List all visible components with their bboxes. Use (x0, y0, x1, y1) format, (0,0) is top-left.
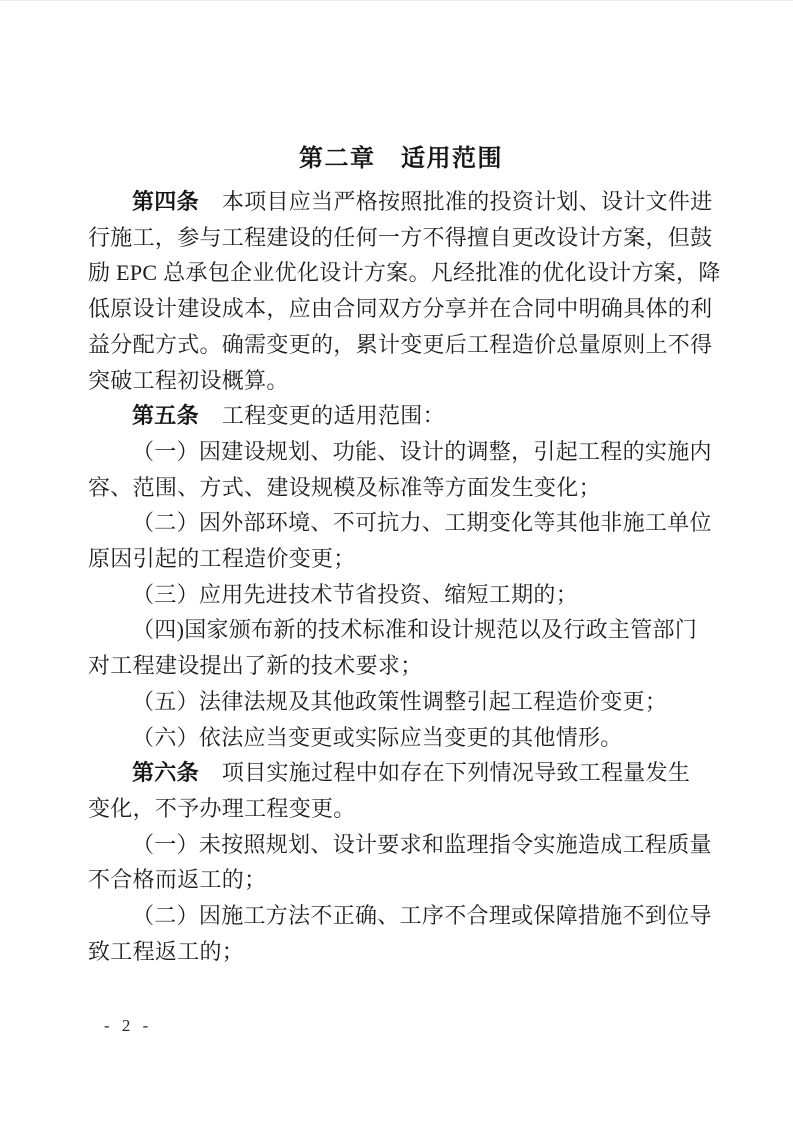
text-line: （六）依法应当变更或实际应当变更的其他情形。 (88, 720, 714, 756)
line-text: 工程变更的适用范围： (222, 403, 445, 428)
line-text: （三）应用先进技术节省投资、缩短工期的； (132, 582, 578, 607)
line-text: 益分配方式。确需变更的，累计变更后工程造价总量原则上不得 (88, 332, 712, 357)
text-line: 对工程建设提出了新的技术要求； (88, 648, 714, 684)
line-text: （五）法律法规及其他政策性调整引起工程造价变更； (132, 689, 667, 714)
article-number: 第六条 (132, 760, 199, 785)
article-number: 第四条 (132, 189, 199, 214)
line-text: 容、范围、方式、建设规模及标准等方面发生变化； (88, 475, 601, 500)
line-text: （一）未按照规划、设计要求和监理指令实施造成工程质量 (132, 832, 712, 857)
line-text: 致工程返工的； (88, 939, 244, 964)
scan-edge-line (0, 0, 793, 1)
text-line: 不合格而返工的； (88, 862, 714, 898)
document-page: 第二章 适用范围 第四条本项目应当严格按照批准的投资计划、设计文件进行施工，参与… (0, 0, 793, 1122)
document-body: 第二章 适用范围 第四条本项目应当严格按照批准的投资计划、设计文件进行施工，参与… (88, 144, 714, 969)
text-line: 励 EPC 总承包企业优化设计方案。凡经批准的优化设计方案，降 (88, 255, 714, 291)
line-text: 本项目应当严格按照批准的投资计划、设计文件进 (222, 189, 713, 214)
text-line: （一）未按照规划、设计要求和监理指令实施造成工程质量 (88, 827, 714, 863)
text-line: 益分配方式。确需变更的，累计变更后工程造价总量原则上不得 (88, 327, 714, 363)
line-text: （一）因建设规划、功能、设计的调整，引起工程的实施内 (132, 439, 712, 464)
text-line: （二）因施工方法不正确、工序不合理或保障措施不到位导 (88, 898, 714, 934)
text-line: （四)国家颁布新的技术标准和设计规范以及行政主管部门 (88, 612, 714, 648)
line-text: 原因引起的工程造价变更； (88, 546, 356, 571)
line-text: （六）依法应当变更或实际应当变更的其他情形。 (132, 725, 623, 750)
line-text: 突破工程初设概算。 (88, 368, 289, 393)
text-line: 变化，不予办理工程变更。 (88, 791, 714, 827)
text-line: 第四条本项目应当严格按照批准的投资计划、设计文件进 (88, 184, 714, 220)
page-number: - 2 - (104, 1016, 152, 1036)
text-line: 突破工程初设概算。 (88, 363, 714, 399)
line-text: 不合格而返工的； (88, 867, 266, 892)
line-text: 项目实施过程中如存在下列情况导致工程量发生 (222, 760, 690, 785)
line-text: （二）因外部环境、不可抗力、工期变化等其他非施工单位 (132, 510, 712, 535)
text-line: 行施工，参与工程建设的任何一方不得擅自更改设计方案，但鼓 (88, 220, 714, 256)
document-lines: 第四条本项目应当严格按照批准的投资计划、设计文件进行施工，参与工程建设的任何一方… (88, 184, 714, 969)
text-line: 低原设计建设成本，应由合同双方分享并在合同中明确具体的利 (88, 291, 714, 327)
text-line: 第五条工程变更的适用范围： (88, 398, 714, 434)
line-text: 行施工，参与工程建设的任何一方不得擅自更改设计方案，但鼓 (88, 225, 712, 250)
text-line: 原因引起的工程造价变更； (88, 541, 714, 577)
text-line: （五）法律法规及其他政策性调整引起工程造价变更； (88, 684, 714, 720)
line-text: 变化，不予办理工程变更。 (88, 796, 356, 821)
line-text: （四)国家颁布新的技术标准和设计规范以及行政主管部门 (132, 617, 697, 642)
line-text: 励 EPC 总承包企业优化设计方案。凡经批准的优化设计方案，降 (88, 260, 721, 285)
text-line: 第六条项目实施过程中如存在下列情况导致工程量发生 (88, 755, 714, 791)
text-line: （二）因外部环境、不可抗力、工期变化等其他非施工单位 (88, 505, 714, 541)
line-text: 低原设计建设成本，应由合同双方分享并在合同中明确具体的利 (88, 296, 712, 321)
chapter-title: 第二章 适用范围 (88, 144, 714, 174)
line-text: 对工程建设提出了新的技术要求； (88, 653, 423, 678)
article-number: 第五条 (132, 403, 199, 428)
text-line: （一）因建设规划、功能、设计的调整，引起工程的实施内 (88, 434, 714, 470)
text-line: 致工程返工的； (88, 934, 714, 970)
text-line: 容、范围、方式、建设规模及标准等方面发生变化； (88, 470, 714, 506)
line-text: （二）因施工方法不正确、工序不合理或保障措施不到位导 (132, 903, 712, 928)
text-line: （三）应用先进技术节省投资、缩短工期的； (88, 577, 714, 613)
